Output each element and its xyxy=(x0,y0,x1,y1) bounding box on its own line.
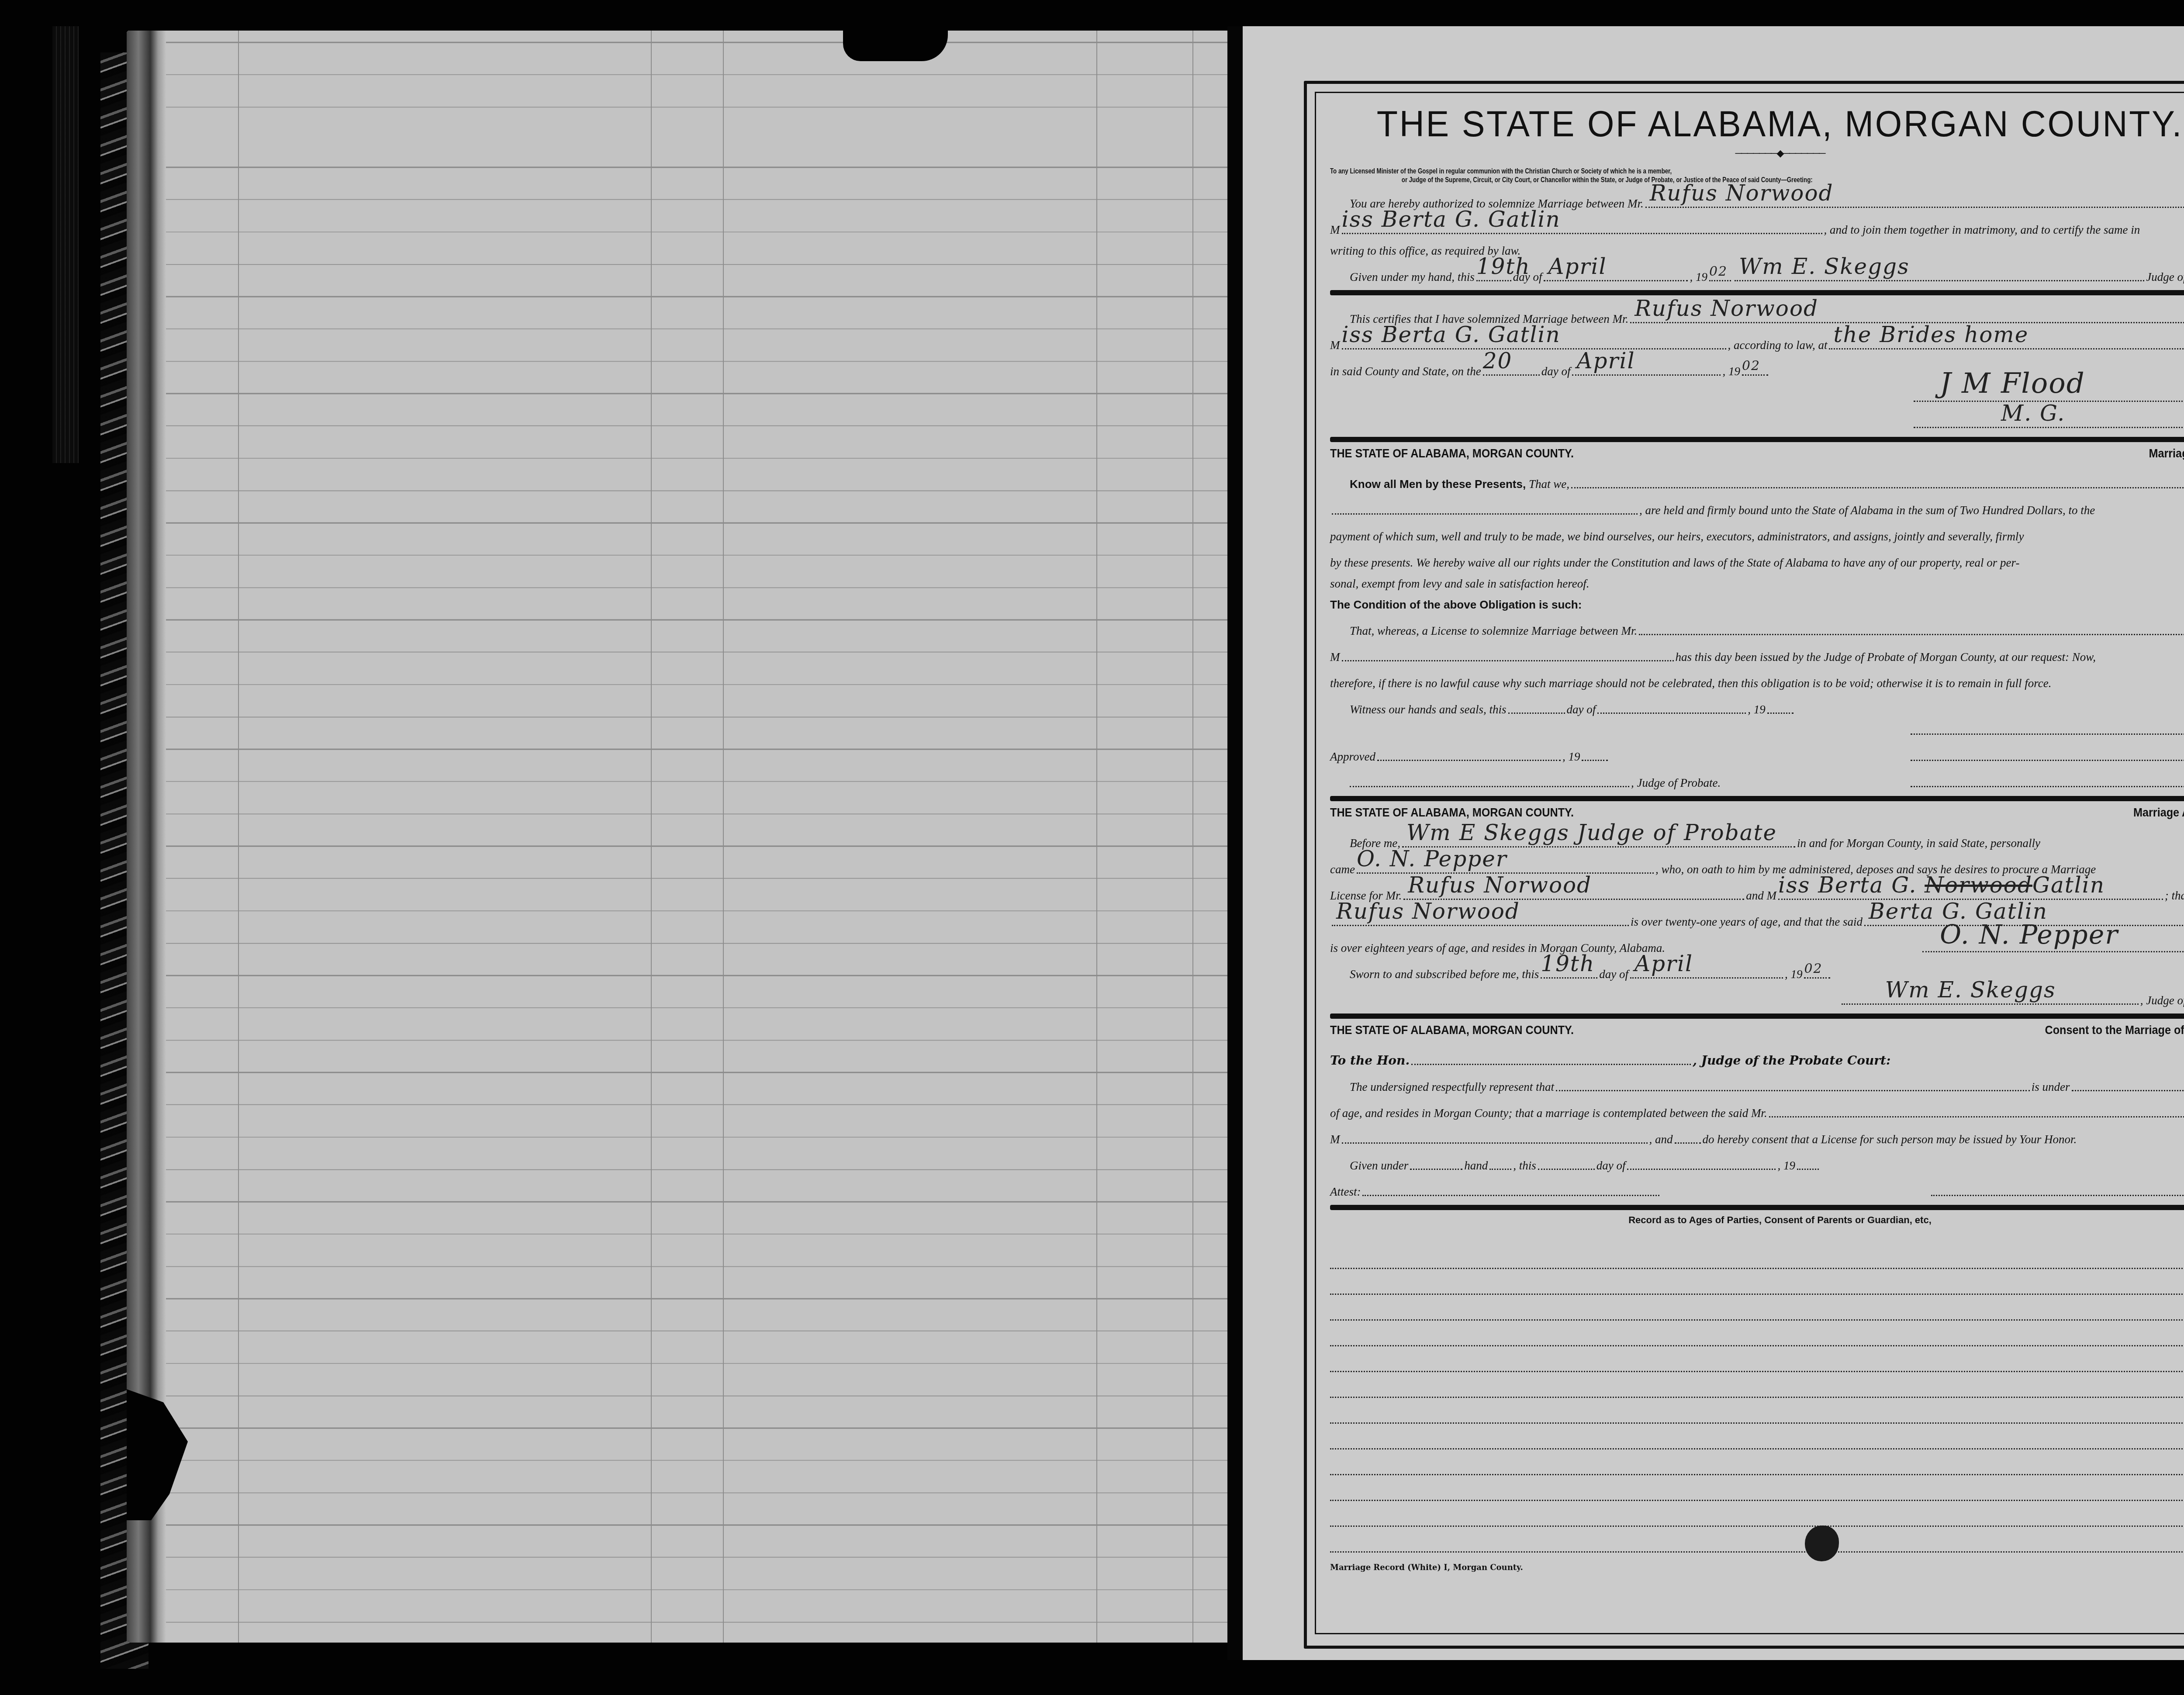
handwritten-affiant: O. N. Pepper xyxy=(1357,846,1507,872)
month-field[interactable]: April xyxy=(1544,280,1688,281)
approved-date-field[interactable] xyxy=(1377,760,1561,761)
consent-month-field[interactable] xyxy=(1627,1169,1776,1170)
handwritten-groom: Rufus Norwood xyxy=(1408,872,1592,898)
label: is under xyxy=(2032,1080,2070,1094)
groom-again-field[interactable]: Rufus Norwood xyxy=(1332,925,1629,926)
seal-signature-field[interactable] xyxy=(1911,733,2184,735)
label: payment of which sum, well and truly to … xyxy=(1330,530,2024,543)
book-cover-edge xyxy=(52,26,79,463)
handwritten-judge-signature: Wm E. Skeggs xyxy=(1739,254,1910,279)
bond-day-field[interactable] xyxy=(1508,713,1565,714)
label: M xyxy=(1330,339,1340,352)
label: Given under xyxy=(1350,1159,1408,1173)
handwritten-bride-surname: Gatlin xyxy=(2032,872,2105,898)
greeting-line-1: To any Licensed Minister of the Gospel i… xyxy=(1330,167,2032,176)
sworn-month-field[interactable]: April xyxy=(1630,977,1783,979)
sworn-day-field[interactable]: 19th xyxy=(1541,977,1597,979)
month-field[interactable]: April xyxy=(1572,374,1721,376)
label: in said County and State, on the xyxy=(1330,365,1481,378)
record-line[interactable] xyxy=(1330,1269,2184,1295)
page-tear-notch xyxy=(843,31,948,61)
handwritten-bride: iss Berta G. Gatlin xyxy=(1342,207,1561,232)
license-bride-row: M iss Berta G. Gatlin , and to join them… xyxy=(1330,211,2184,237)
record-title: Record as to Ages of Parties, Consent of… xyxy=(1330,1214,2184,1226)
section-header: THE STATE OF ALABAMA, MORGAN COUNTY. Con… xyxy=(1330,1023,2184,1037)
handwritten-bride: iss Berta G. xyxy=(1778,872,1917,898)
label: That, whereas, a License to solemnize Ma… xyxy=(1350,624,1637,638)
place-field[interactable]: the Brides home xyxy=(1829,348,2184,349)
year-field[interactable]: 02 xyxy=(1742,374,1768,376)
label: , this xyxy=(1513,1159,1536,1173)
label: The Condition of the above Obligation is… xyxy=(1330,598,1582,612)
consent-day-field[interactable] xyxy=(1538,1169,1595,1170)
record-ages-section: Record as to Ages of Parties, Consent of… xyxy=(1330,1214,2184,1572)
bond-row-5: sonal, exempt from levy and sale in sati… xyxy=(1330,570,2184,591)
label: Sworn to and subscribed before me, this xyxy=(1350,968,1539,981)
day-field[interactable]: 20 xyxy=(1483,374,1540,376)
affiant-signature-field[interactable]: O. N. Pepper xyxy=(1922,951,2184,952)
label: , 19 xyxy=(1562,750,1580,764)
section-header: THE STATE OF ALABAMA, MORGAN COUNTY. Mar… xyxy=(1330,806,2184,820)
label: is over eighteen years of age, and resid… xyxy=(1330,941,1665,955)
bond-row-4: by these presents. We hereby waive all o… xyxy=(1330,543,2184,570)
label: Approved xyxy=(1330,750,1375,764)
sworn-year-field[interactable]: 02 xyxy=(1804,977,1830,979)
affidavit-judge-row: Wm E. Skeggs , Judge of Probate. xyxy=(1330,981,2184,1007)
label: Know all Men by these Presents, xyxy=(1350,477,1526,491)
label: is over twenty-one years of age, and tha… xyxy=(1631,915,1863,929)
handwritten-officiant: J M Flood xyxy=(1940,367,2085,400)
form-title: THE STATE OF ALABAMA, MORGAN COUNTY. xyxy=(1357,103,2184,145)
struck-out-name: Norwood xyxy=(1925,872,2032,898)
left-page-blank-ledger xyxy=(127,31,1227,1643)
handwritten-judge-signature: Wm E. Skeggs xyxy=(1885,977,2056,1003)
bond-month-field[interactable] xyxy=(1597,713,1746,714)
seal-signature-field[interactable] xyxy=(1911,786,2184,787)
label: hand xyxy=(1464,1159,1488,1173)
ledger-column-line xyxy=(1096,31,1097,1643)
handwritten-year: 02 xyxy=(1804,961,1822,976)
record-lines xyxy=(1330,1243,2184,1553)
handwritten-month: April xyxy=(1576,348,1635,374)
bride-field[interactable]: iss Berta G. Gatlin xyxy=(1342,233,1822,234)
handwritten-groom: Rufus Norwood xyxy=(1635,296,1818,321)
section-header: THE STATE OF ALABAMA, MORGAN COUNTY. Mar… xyxy=(1330,446,2184,460)
marriage-bond-section: THE STATE OF ALABAMA, MORGAN COUNTY. Mar… xyxy=(1330,446,2184,801)
handwritten-judge: Wm E Skeggs Judge of Probate xyxy=(1406,820,1777,845)
label: of age, and resides in Morgan County; th… xyxy=(1330,1107,1767,1120)
ink-blot xyxy=(1805,1525,1839,1561)
bond-approved-row: Approved , 19 (L. S.) xyxy=(1330,737,2184,764)
label: Given under my hand, this xyxy=(1350,270,1475,284)
label: The undersigned respectfully represent t… xyxy=(1350,1080,1554,1094)
ledger-rules xyxy=(127,31,1227,1643)
bond-row-2: , are held and firmly bound unto the Sta… xyxy=(1330,491,2184,517)
bond-parties-field[interactable] xyxy=(1571,487,2184,488)
marriage-record-form: THE STATE OF ALABAMA, MORGAN COUNTY. ───… xyxy=(1330,94,2184,1572)
record-line[interactable] xyxy=(1330,1243,2184,1269)
consent-undersigned-row: The undersigned respectfully represent t… xyxy=(1330,1068,2184,1094)
label: and M xyxy=(1746,889,1776,903)
judge-signature-field[interactable]: Wm E. Skeggs xyxy=(1735,280,2144,281)
label: , Judge of Probate. xyxy=(1631,776,1721,790)
label: ; that the said xyxy=(2165,889,2184,903)
bond-judge-field[interactable] xyxy=(1350,786,1629,787)
handwritten-groom: Rufus Norwood xyxy=(1650,180,1834,206)
bond-row-1: Know all Men by these Presents, That we, xyxy=(1330,465,2184,491)
label: M xyxy=(1330,650,1340,664)
consent-given-row: Given under hand , this day of , 19 xyxy=(1330,1146,2184,1173)
section-label: Marriage Bond. xyxy=(2149,446,2184,460)
handwritten-place: the Brides home xyxy=(1833,322,2028,347)
handwritten-month: April xyxy=(1635,951,1693,976)
marriage-license-section: THE STATE OF ALABAMA, MORGAN COUNTY. ───… xyxy=(1330,103,2184,295)
bond-judge-row: , Judge of Probate. (L. S.) xyxy=(1330,764,2184,790)
handwritten-day: 20 xyxy=(1483,348,1513,374)
label: , 19 xyxy=(1722,365,1740,378)
handwritten-year: 02 xyxy=(1709,264,1728,279)
ledger-column-line xyxy=(723,31,724,1643)
bond-year-field[interactable] xyxy=(1767,713,1794,714)
bond-bride-field[interactable] xyxy=(1342,660,1674,661)
consent-signature-field[interactable] xyxy=(1931,1195,2184,1196)
label: Witness our hands and seals, this xyxy=(1350,703,1507,716)
approved-year-field[interactable] xyxy=(1582,760,1608,761)
label: Attest: xyxy=(1330,1185,1361,1199)
seal-signature-field[interactable] xyxy=(1911,760,2184,761)
bond-whereas-row: That, whereas, a License to solemnize Ma… xyxy=(1330,612,2184,638)
handwritten-groom: Rufus Norwood xyxy=(1336,899,1520,924)
bond-witness-row: Witness our hands and seals, this day of… xyxy=(1330,690,2184,716)
age-field[interactable] xyxy=(2072,1090,2184,1091)
handwritten-officiant-title: M. G. xyxy=(2001,401,2065,426)
year-field[interactable]: 02 xyxy=(1709,280,1731,281)
label: day of xyxy=(1541,365,1571,378)
section-divider xyxy=(1330,796,2184,801)
ledger-column-line xyxy=(238,31,239,1643)
license-date-row: Given under my hand, this 19th day of Ap… xyxy=(1330,258,2184,284)
record-line[interactable] xyxy=(1330,1398,2184,1424)
label: , 19 xyxy=(1777,1159,1795,1173)
affidavit-sworn-row: Sworn to and subscribed before me, this … xyxy=(1330,955,2184,981)
handwritten-bride: iss Berta G. Gatlin xyxy=(1342,322,1561,347)
bond-row-3: payment of which sum, well and truly to … xyxy=(1330,517,2184,543)
section-title: THE STATE OF ALABAMA, MORGAN COUNTY. xyxy=(1330,446,1574,460)
bond-therefore-row: therefore, if there is no lawful cause w… xyxy=(1330,664,2184,690)
affidavit-18-row: is over eighteen years of age, and resid… xyxy=(1330,929,2184,955)
label: , are held and firmly bound unto the Sta… xyxy=(1639,504,2095,517)
bond-condition-row: The Condition of the above Obligation is… xyxy=(1330,591,2184,612)
record-line[interactable] xyxy=(1330,1449,2184,1475)
day-field[interactable]: 19th xyxy=(1476,280,1511,281)
certificate-bride-row: M iss Berta G. Gatlin , according to law… xyxy=(1330,326,2184,352)
label: has this day been issued by the Judge of… xyxy=(1676,650,2096,664)
record-line[interactable] xyxy=(1330,1321,2184,1346)
label: , and xyxy=(1649,1133,1673,1146)
consent-parties-field[interactable] xyxy=(1675,1142,1701,1144)
judge-signature-field[interactable]: Wm E. Skeggs xyxy=(1842,1003,2139,1005)
attest-field[interactable] xyxy=(1362,1195,1659,1196)
label: day of xyxy=(1597,1159,1626,1173)
section-divider xyxy=(1330,1014,2184,1019)
marriage-certificate-section: This certifies that I have solemnized Ma… xyxy=(1330,300,2184,442)
bond-groom-field[interactable] xyxy=(1639,634,2184,635)
consent-hand-suffix-field[interactable] xyxy=(1489,1169,1511,1170)
consent-bride-row: M , and do hereby consent that a License… xyxy=(1330,1120,2184,1146)
consent-hand-field[interactable] xyxy=(1410,1169,1462,1170)
bond-bride-row: M has this day been issued by the Judge … xyxy=(1330,638,2184,664)
handwritten-day: 19th xyxy=(1541,951,1595,976)
hon-judge-field[interactable] xyxy=(1411,1064,1691,1065)
label: Judge of Probate. xyxy=(2146,270,2184,284)
bond-seal-row-1: (L. S.) xyxy=(1330,716,2184,737)
marriage-affidavit-section: THE STATE OF ALABAMA, MORGAN COUNTY. Mar… xyxy=(1330,806,2184,1019)
ledger-column-line xyxy=(1192,31,1193,1643)
section-divider xyxy=(1330,437,2184,442)
minor-name-field[interactable] xyxy=(1556,1090,2030,1091)
record-line[interactable] xyxy=(1330,1501,2184,1527)
label: , Judge of the Probate Court: xyxy=(1693,1053,1890,1068)
consent-attest-row: Attest: xyxy=(1330,1173,2184,1199)
record-line[interactable] xyxy=(1330,1475,2184,1501)
handwritten-month: April xyxy=(1548,254,1607,279)
section-title: THE STATE OF ALABAMA, MORGAN COUNTY. xyxy=(1330,1023,1574,1037)
officiant-title-field[interactable]: M. G. xyxy=(1914,427,2184,428)
consent-hon-row: To the Hon. , Judge of the Probate Court… xyxy=(1330,1041,2184,1068)
label: came xyxy=(1330,863,1355,876)
section-divider xyxy=(1330,1205,2184,1210)
label: , according to law, at xyxy=(1728,339,1828,352)
book-gutter xyxy=(1227,26,1243,1660)
groom-field[interactable]: Rufus Norwood xyxy=(1645,207,2184,208)
label: M xyxy=(1330,223,1340,237)
section-label: Marriage Affidavit. xyxy=(2133,806,2184,820)
consent-bride-field[interactable] xyxy=(1342,1142,1648,1144)
consent-age-row: of age, and resides in Morgan County; th… xyxy=(1330,1094,2184,1120)
consent-minor-section: THE STATE OF ALABAMA, MORGAN COUNTY. Con… xyxy=(1330,1023,2184,1210)
record-line[interactable] xyxy=(1330,1295,2184,1321)
label: That we, xyxy=(1529,477,1569,491)
label: by these presents. We hereby waive all o… xyxy=(1330,556,2020,570)
label: , and to join them together in matrimony… xyxy=(1824,223,2140,237)
label: , 19 xyxy=(1748,703,1766,716)
label: , 19 xyxy=(1785,968,1803,981)
handwritten-affiant-signature: O. N. Pepper xyxy=(1940,920,2118,950)
section-label: Consent to the Marriage of a Minor. xyxy=(2045,1023,2184,1037)
consent-groom-field[interactable] xyxy=(1769,1116,2184,1117)
section-divider xyxy=(1330,290,2184,295)
label: day of xyxy=(1567,703,1596,716)
label: day of xyxy=(1599,968,1628,981)
label: To the Hon. xyxy=(1330,1053,1410,1068)
section-title: THE STATE OF ALABAMA, MORGAN COUNTY. xyxy=(1330,806,1574,820)
label: therefore, if there is no lawful cause w… xyxy=(1330,677,2052,690)
ledger-column-line xyxy=(651,31,652,1643)
footer-imprint: Marriage Record (White) I, Morgan County… xyxy=(1330,1563,2184,1572)
label: M xyxy=(1330,1133,1340,1146)
record-line[interactable] xyxy=(1330,1372,2184,1398)
label: , 19 xyxy=(1690,270,1707,284)
officiant-title-row: M. G. xyxy=(1330,405,2184,431)
ornament-divider: ───────◆─────── xyxy=(1330,148,2184,159)
consent-year-field[interactable] xyxy=(1797,1169,1819,1170)
record-line[interactable] xyxy=(1330,1346,2184,1372)
bond-parties-field-2[interactable] xyxy=(1332,513,1638,515)
record-line[interactable] xyxy=(1330,1527,2184,1553)
label: sonal, exempt from levy and sale in sati… xyxy=(1330,577,1589,591)
bride-field[interactable]: iss Berta G. Gatlin xyxy=(1342,348,1726,349)
label: , Judge of Probate. xyxy=(2140,994,2184,1007)
handwritten-day: 19th xyxy=(1476,254,1531,279)
handwritten-year: 02 xyxy=(1742,358,1760,374)
record-line[interactable] xyxy=(1330,1424,2184,1449)
label: in and for Morgan County, in said State,… xyxy=(1797,837,2040,850)
label: do hereby consent that a License for suc… xyxy=(1703,1133,2077,1146)
